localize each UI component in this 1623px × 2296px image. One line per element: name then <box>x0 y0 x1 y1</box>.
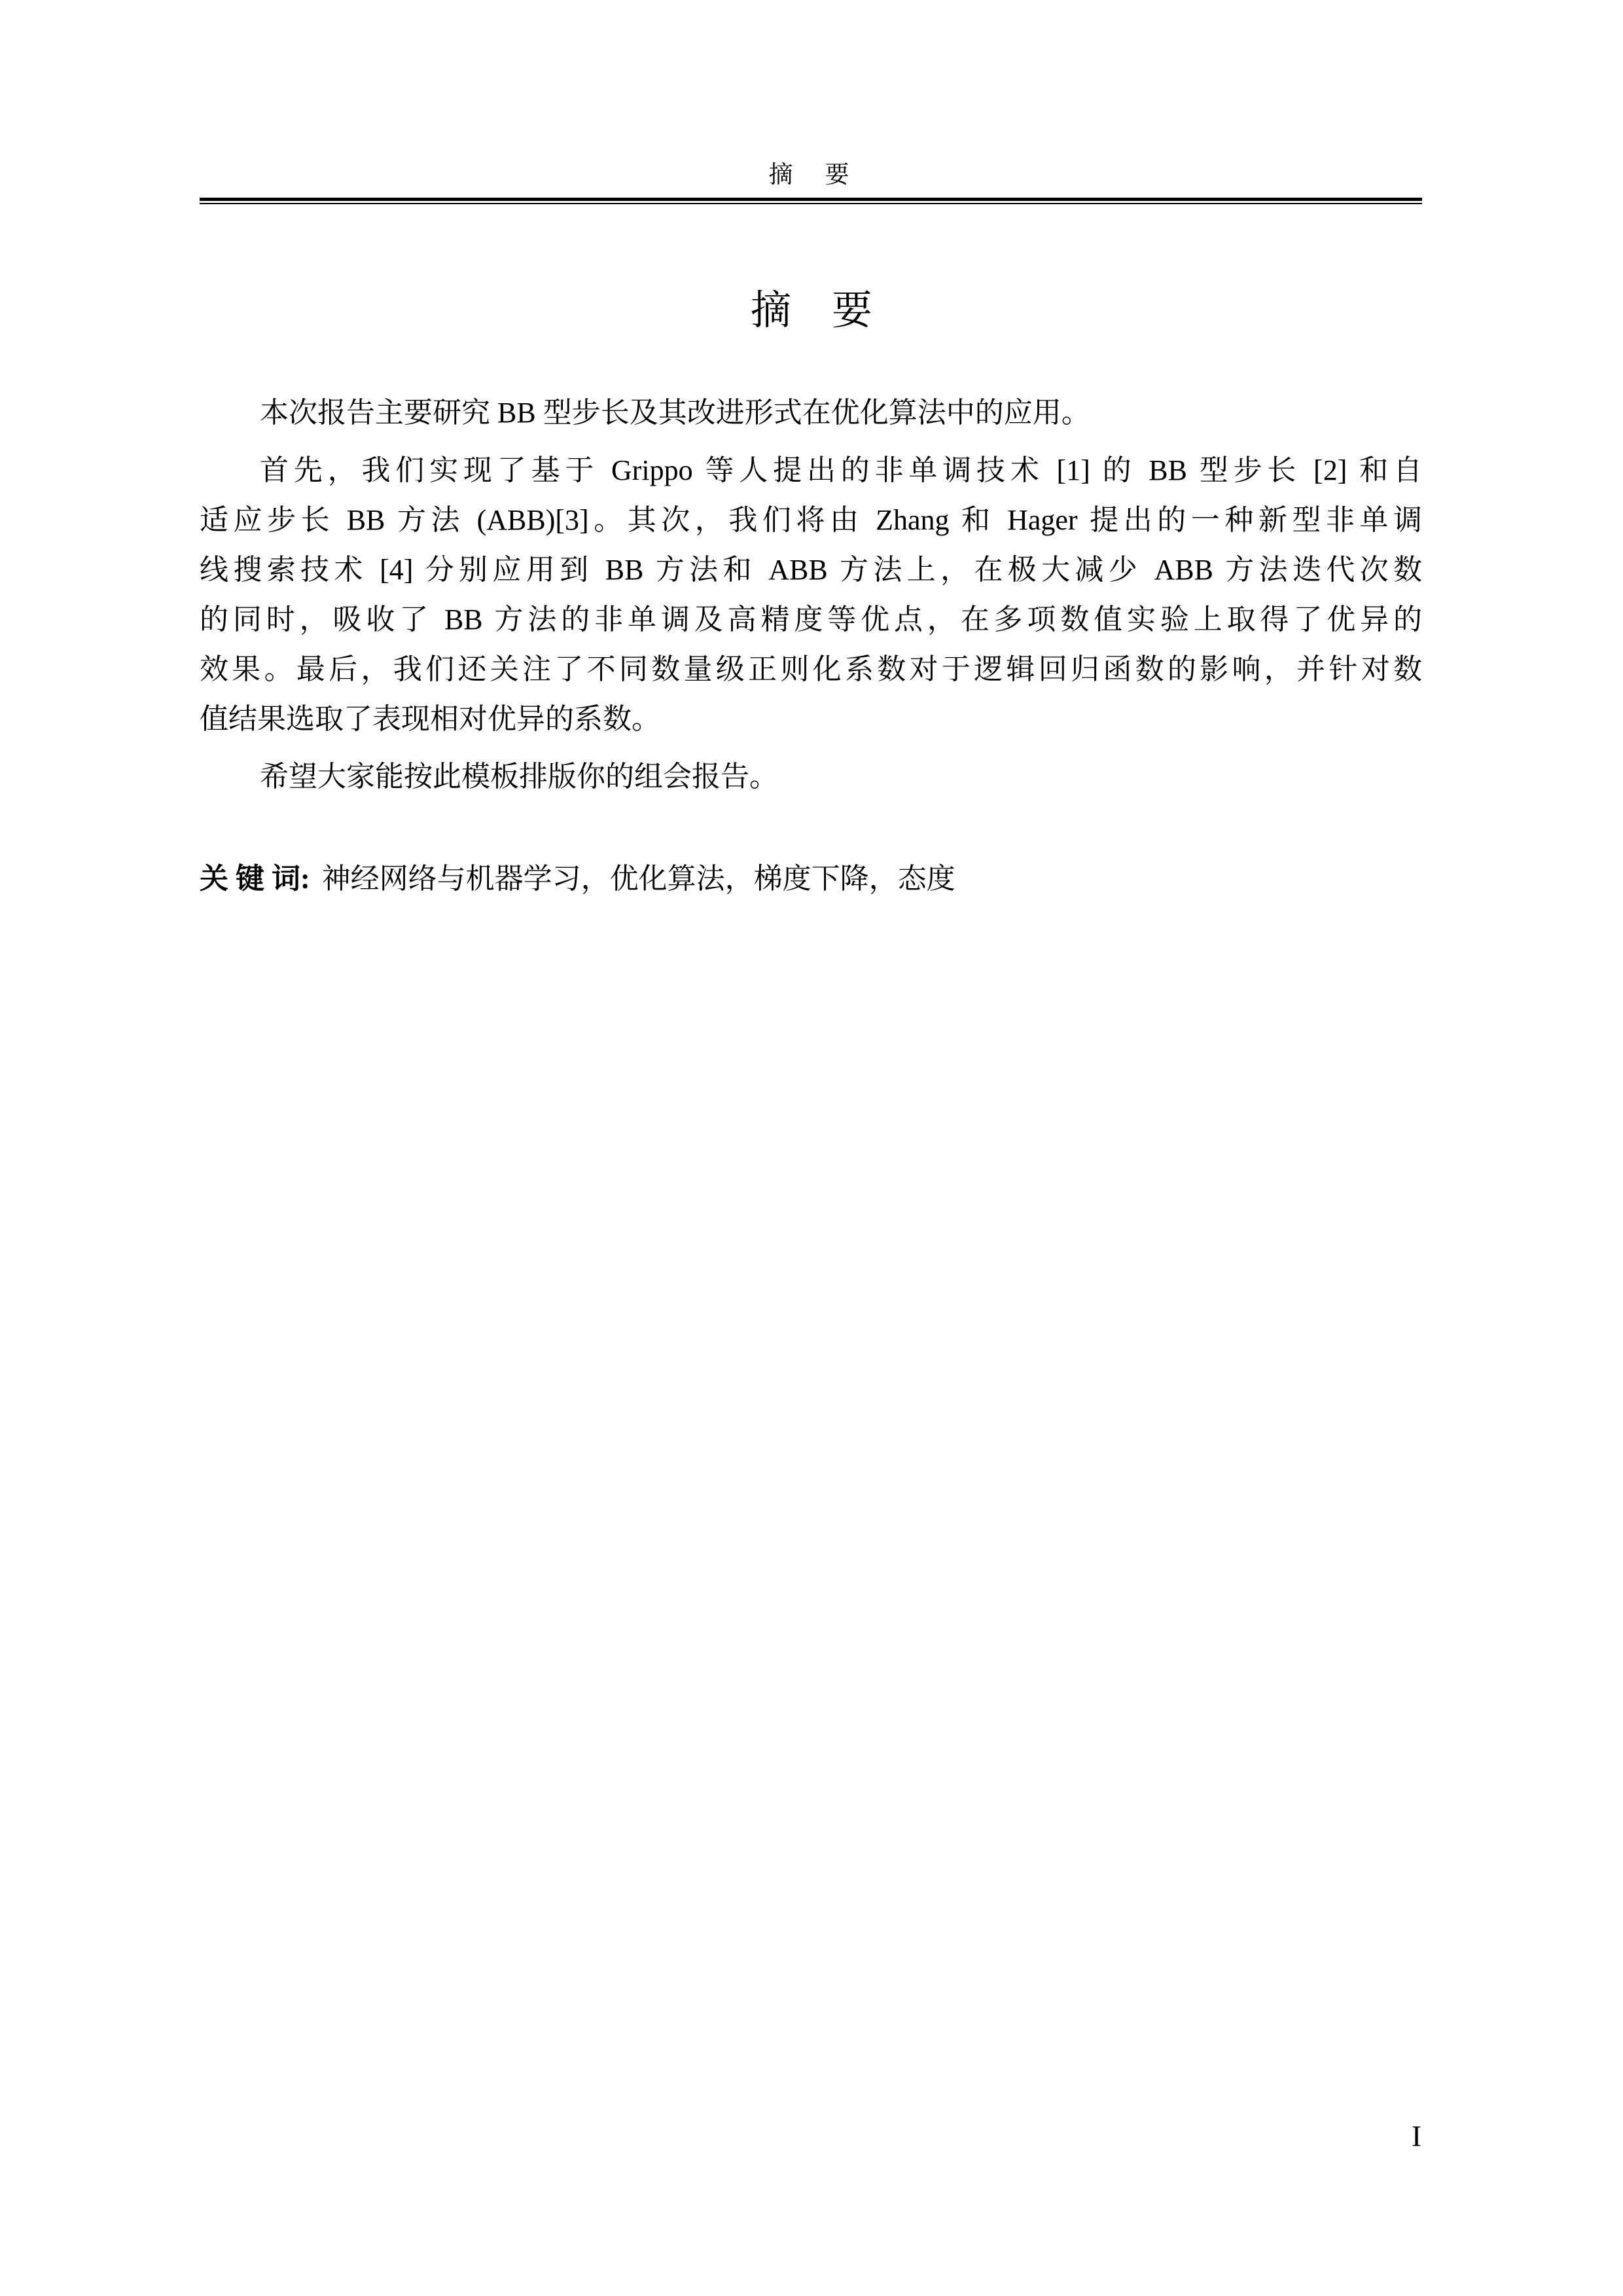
text-line: 首先，我们实现了基于 Grippo 等人提出的非单调技术 [1] 的 BB 型步… <box>200 446 1422 495</box>
keywords-text: 神经网络与机器学习，优化算法，梯度下降，态度 <box>322 863 955 895</box>
text-line: 本次报告主要研究 BB 型步长及其改进形式在优化算法中的应用。 <box>200 388 1422 438</box>
header-double-rule <box>200 198 1422 204</box>
running-header-title: 摘 要 <box>200 161 1422 190</box>
keywords-line: 关 键 词:神经网络与机器学习，优化算法，梯度下降，态度 <box>200 854 1422 904</box>
text-line: 线搜索技术 [4] 分别应用到 BB 方法和 ABB 方法上，在极大减少 ABB… <box>200 545 1422 595</box>
text-line: 的同时，吸收了 BB 方法的非单调及高精度等优点，在多项数值实验上取得了优异的 <box>200 595 1422 645</box>
text-line: 值结果选取了表现相对优异的系数。 <box>200 694 1422 744</box>
keywords-label: 关 键 词: <box>200 863 310 895</box>
text-line: 希望大家能按此模板排版你的组会报告。 <box>200 752 1422 802</box>
text-line: 适应步长 BB 方法 (ABB)[3]。其次，我们将由 Zhang 和 Hage… <box>200 495 1422 545</box>
abstract-body: 本次报告主要研究 BB 型步长及其改进形式在优化算法中的应用。 首先，我们实现了… <box>200 388 1422 904</box>
text-line: 效果。最后，我们还关注了不同数量级正则化系数对于逻辑回归函数的影响，并针对数 <box>200 645 1422 694</box>
page-header: 摘 要 <box>200 161 1422 204</box>
abstract-paragraph-2: 首先，我们实现了基于 Grippo 等人提出的非单调技术 [1] 的 BB 型步… <box>200 446 1422 744</box>
document-page: 摘 要 摘 要 本次报告主要研究 BB 型步长及其改进形式在优化算法中的应用。 … <box>0 0 1623 2296</box>
page-number: I <box>1412 2122 1421 2151</box>
abstract-paragraph-3: 希望大家能按此模板排版你的组会报告。 <box>200 752 1422 802</box>
abstract-paragraph-1: 本次报告主要研究 BB 型步长及其改进形式在优化算法中的应用。 <box>200 388 1422 438</box>
abstract-title: 摘 要 <box>0 287 1623 335</box>
